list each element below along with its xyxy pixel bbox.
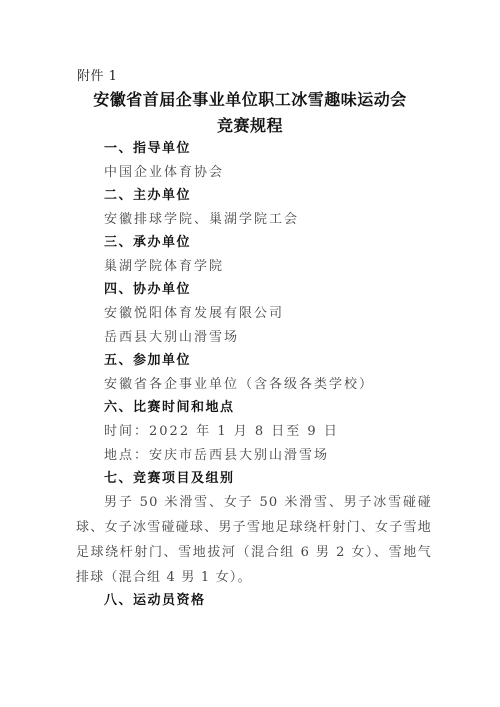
section-text-organizer: 巢湖学院体育学院 (104, 259, 224, 275)
section-text-co-organizer-1: 安徽悦阳体育发展有限公司 (104, 306, 284, 322)
document-title: 安徽省首届企事业单位职工冰雪趣味运动会 (0, 90, 500, 110)
section-heading-host: 二、主办单位 (104, 188, 191, 204)
section-text-place: 地点：安庆市岳西县大别山滑雪场 (104, 448, 329, 464)
section-heading-participants: 五、参加单位 (104, 353, 191, 369)
section-heading-organizer: 三、承办单位 (104, 235, 191, 251)
section-text-co-organizer-2: 岳西县大别山滑雪场 (104, 330, 239, 346)
section-text-host: 安徽排球学院、巢湖学院工会 (104, 212, 299, 228)
section-heading-time-place: 六、比赛时间和地点 (104, 400, 235, 416)
section-text-participants: 安徽省各企事业单位（含各级各类学校） (104, 377, 374, 393)
document-subtitle: 竞赛规程 (0, 116, 500, 136)
section-text-time: 时间：2022 年 1 月 8 日至 9 日 (104, 424, 339, 440)
section-heading-events: 七、竞赛项目及组别 (104, 471, 235, 487)
section-heading-guidance: 一、指导单位 (104, 141, 191, 157)
section-heading-co-organizer: 四、协办单位 (104, 282, 191, 298)
section-text-guidance: 中国企业体育协会 (104, 165, 224, 181)
section-heading-eligibility: 八、运动员资格 (104, 593, 206, 609)
document-page: 附件 1 安徽省首届企事业单位职工冰雪趣味运动会 竞赛规程 一、指导单位 中国企… (0, 0, 500, 707)
section-paragraph-events: 男子 50 米滑雪、女子 50 米滑雪、男子冰雪碰碰球、女子冰雪碰碰球、男子雪地… (76, 490, 432, 590)
attachment-label: 附件 1 (77, 69, 117, 85)
